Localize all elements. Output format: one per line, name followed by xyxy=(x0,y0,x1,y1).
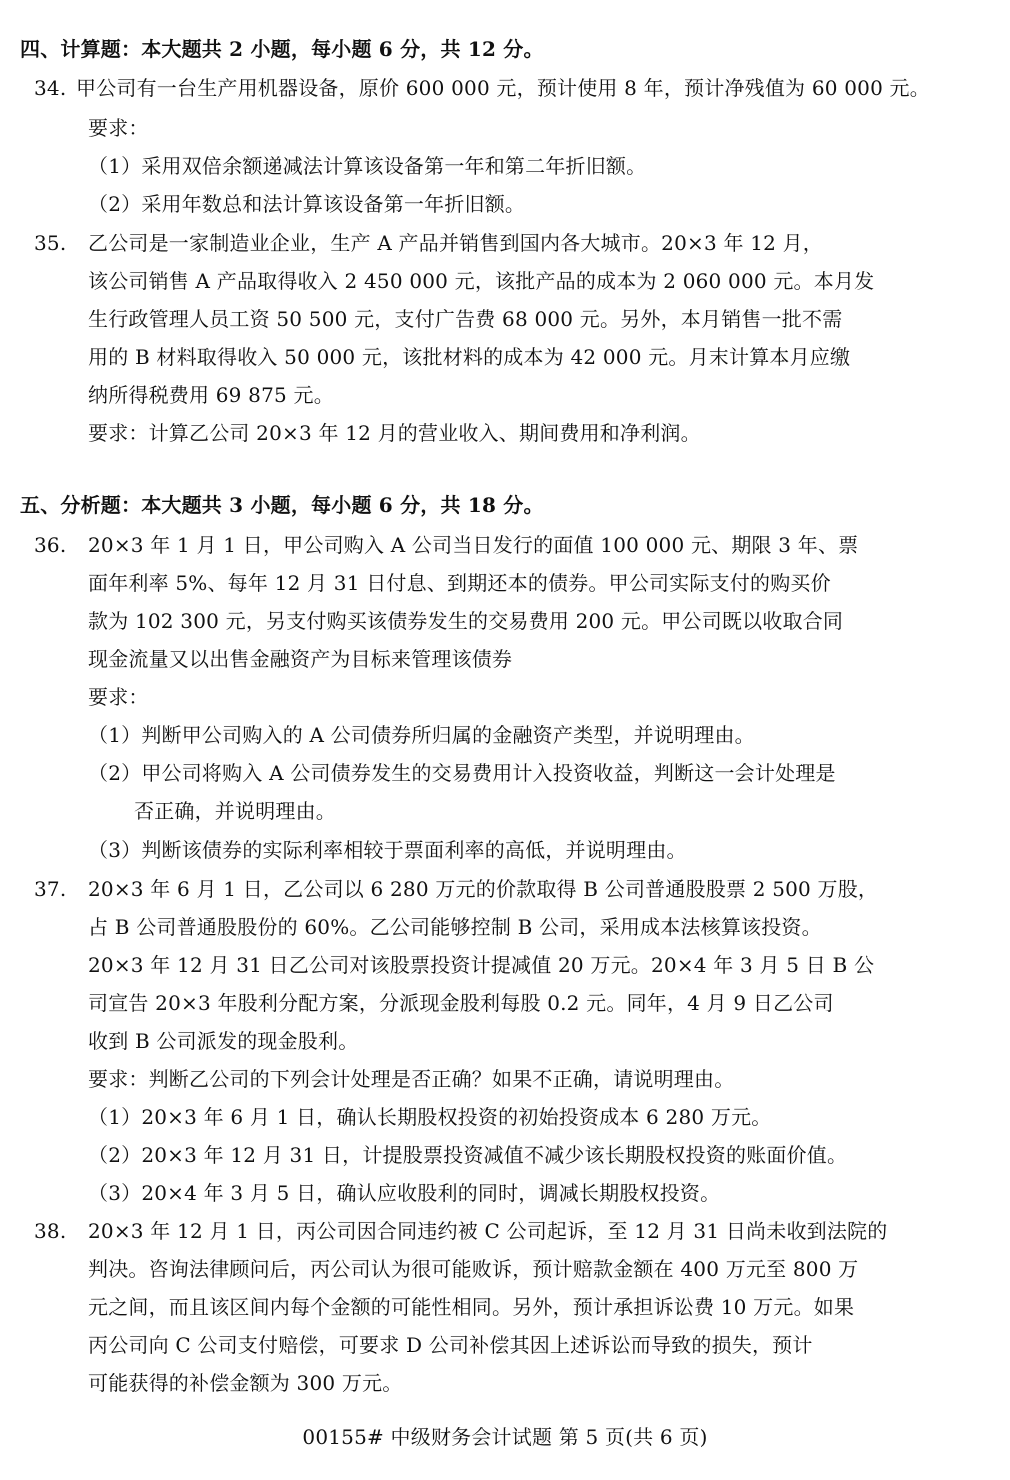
question-text: 20×3 年 12 月 1 日，丙公司因合同违约被 C 公司起诉，至 12 月 … xyxy=(88,1219,887,1243)
question-text: 可能获得的补偿金额为 300 万元。 xyxy=(88,1370,403,1396)
question-text: 元之间，而且该区间内每个金额的可能性相同。另外，预计承担诉讼费 10 万元。如果 xyxy=(88,1294,854,1320)
requirement-item: （1）判断甲公司购入的 A 公司债券所归属的金融资产类型，并说明理由。 xyxy=(88,722,755,748)
requirement-item: （3）判断该债券的实际利率相较于票面利率的高低，并说明理由。 xyxy=(88,837,687,863)
requirement-label: 要求： xyxy=(88,684,149,710)
question-text: 20×3 年 6 月 1 日，乙公司以 6 280 万元的价款取得 B 公司普通… xyxy=(88,877,878,901)
question-text: 生行政管理人员工资 50 500 元，支付广告费 68 000 元。另外，本月销… xyxy=(88,306,842,332)
question-38-line-1: 38.20×3 年 12 月 1 日，丙公司因合同违约被 C 公司起诉，至 12… xyxy=(20,1218,887,1244)
question-text: 款为 102 300 元，另支付购买该债券发生的交易费用 200 元。甲公司既以… xyxy=(88,608,843,634)
question-number: 36. xyxy=(20,532,88,558)
requirement-item: （1）20×3 年 6 月 1 日，确认长期股权投资的初始投资成本 6 280 … xyxy=(88,1104,771,1130)
question-text: 收到 B 公司派发的现金股利。 xyxy=(88,1028,358,1054)
question-number: 35. xyxy=(20,230,88,256)
question-37-line-1: 37.20×3 年 6 月 1 日，乙公司以 6 280 万元的价款取得 B 公… xyxy=(20,876,878,902)
requirement-item: （2）20×3 年 12 月 31 日，计提股票投资减值不减少该长期股权投资的账… xyxy=(88,1142,847,1168)
section-heading-calculation: 四、计算题：本大题共 2 小题，每小题 6 分，共 12 分。 xyxy=(20,36,544,62)
question-text: 甲公司有一台生产用机器设备，原价 600 000 元，预计使用 8 年，预计净残… xyxy=(76,76,930,100)
question-text: 现金流量又以出售金融资产为目标来管理该债券 xyxy=(88,646,512,672)
requirement-text: 要求：判断乙公司的下列会计处理是否正确？如果不正确，请说明理由。 xyxy=(88,1066,734,1092)
question-text: 20×3 年 12 月 31 日乙公司对该股票投资计提减值 20 万元。20×4… xyxy=(88,952,874,978)
requirement-label: 要求： xyxy=(88,115,149,141)
question-text: 乙公司是一家制造业企业，生产 A 产品并销售到国内各大城市。20×3 年 12 … xyxy=(88,231,823,255)
requirement-item-continuation: 否正确，并说明理由。 xyxy=(134,798,336,824)
question-text: 判决。咨询法律顾问后，丙公司认为很可能败诉，预计赔款金额在 400 万元至 80… xyxy=(88,1256,858,1282)
requirement-item: （1）采用双倍余额递减法计算该设备第一年和第二年折旧额。 xyxy=(88,153,646,179)
requirement-text: 要求：计算乙公司 20×3 年 12 月的营业收入、期间费用和净利润。 xyxy=(88,420,701,446)
requirement-item: （3）20×4 年 3 月 5 日，确认应收股利的同时，调减长期股权投资。 xyxy=(88,1180,720,1206)
question-text: 纳所得税费用 69 875 元。 xyxy=(88,382,334,408)
question-text: 司宣告 20×3 年股利分配方案，分派现金股利每股 0.2 元。同年，4 月 9… xyxy=(88,990,834,1016)
question-35-line-1: 35.乙公司是一家制造业企业，生产 A 产品并销售到国内各大城市。20×3 年 … xyxy=(20,230,823,256)
question-text: 该公司销售 A 产品取得收入 2 450 000 元，该批产品的成本为 2 06… xyxy=(88,268,874,294)
question-text: 面年利率 5%、每年 12 月 31 日付息、到期还本的债券。甲公司实际支付的购… xyxy=(88,570,831,596)
question-number: 37. xyxy=(20,876,88,902)
question-text: 丙公司向 C 公司支付赔偿，可要求 D 公司补偿其因上述诉讼而导致的损失，预计 xyxy=(88,1332,813,1358)
section-heading-analysis: 五、分析题：本大题共 3 小题，每小题 6 分，共 18 分。 xyxy=(20,492,544,518)
requirement-item: （2）采用年数总和法计算该设备第一年折旧额。 xyxy=(88,191,525,217)
question-number: 38. xyxy=(20,1218,88,1244)
question-number: 34. xyxy=(20,75,76,101)
question-36-line-1: 36.20×3 年 1 月 1 日，甲公司购入 A 公司当日发行的面值 100 … xyxy=(20,532,858,558)
page-footer: 00155# 中级财务会计试题 第 5 页(共 6 页) xyxy=(0,1424,1010,1450)
question-34-line-1: 34.甲公司有一台生产用机器设备，原价 600 000 元，预计使用 8 年，预… xyxy=(20,75,930,101)
question-text: 占 B 公司普通股股份的 60%。乙公司能够控制 B 公司，采用成本法核算该投资… xyxy=(88,914,822,940)
question-text: 用的 B 材料取得收入 50 000 元，该批材料的成本为 42 000 元。月… xyxy=(88,344,850,370)
question-text: 20×3 年 1 月 1 日，甲公司购入 A 公司当日发行的面值 100 000… xyxy=(88,533,858,557)
requirement-item: （2）甲公司将购入 A 公司债券发生的交易费用计入投资收益，判断这一会计处理是 xyxy=(88,760,836,786)
